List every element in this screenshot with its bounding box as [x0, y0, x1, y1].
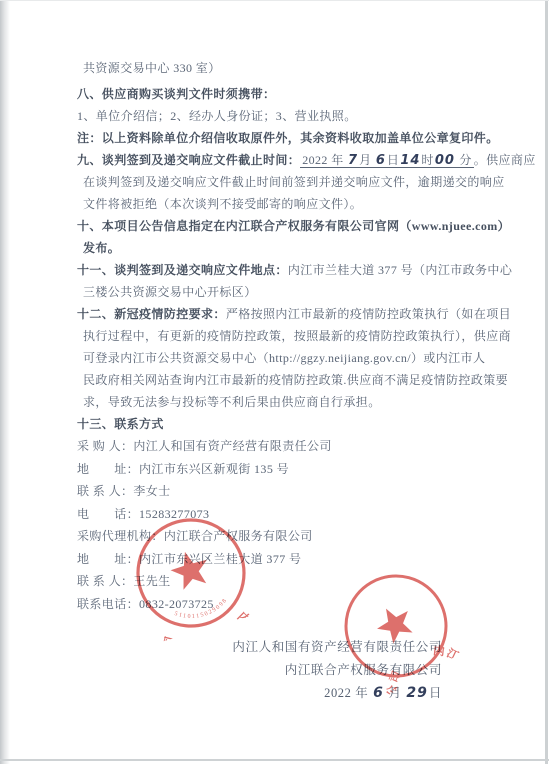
continuation-text: 共资源交易中心 330 室） [83, 61, 221, 75]
section10-line2-text: 发布。 [83, 241, 120, 255]
deadline-hour-label: 时 [421, 153, 433, 167]
deadline-date-underlined: 2022 年 7月 6日14时00 分 [300, 153, 474, 168]
deadline-minute-handwritten: 00 [434, 153, 456, 168]
section12-line5: 求，导致无法参与投标等不利后果由供应商自行承担。 [77, 391, 539, 413]
contact-value: 内江人和国有资产经营有限责任公司 [133, 439, 331, 453]
section8-items: 1、单位介绍信；2、经办人身份证；3、营业执照。 [77, 109, 357, 123]
continuation-line: 共资源交易中心 330 室） [77, 57, 539, 79]
section12-line1: 十二、新冠疫情防控要求：严格按照内江市最新的疫情防控政策执行（如在项目 [77, 303, 539, 325]
section9-line2: 在谈判签到及递交响应文件截止时间前签到并递交响应文件，逾期递交的响应 [77, 171, 539, 193]
contact-label: 联系电话： [77, 597, 139, 611]
contact-label: 采 购 人： [77, 439, 133, 453]
deadline-month-handwritten: 7 [347, 153, 359, 168]
signature-date-day-handwritten: 29 [405, 685, 428, 701]
scanned-document-page: 共资源交易中心 330 室） 八、供应商购买谈判文件时须携带： 1、单位介绍信；… [0, 0, 549, 764]
contact-label: 地 址： [77, 462, 139, 476]
section12-line2: 执行过程中，有更新的疫情防控政策，按照最新的疫情防控政策执行），供应商 [77, 325, 539, 347]
section12-line2-text: 执行过程中，有更新的疫情防控政策，按照最新的疫情防控政策执行），供应商 [83, 329, 511, 343]
section12-header: 十二、新冠疫情防控要求： [77, 307, 226, 321]
section9-tail: 。供应商应 [474, 153, 536, 167]
contact-label: 电 话： [77, 507, 139, 521]
signature-date-line: 2022 年 6 月 29日 [232, 682, 442, 705]
section10-line2: 发布。 [77, 237, 539, 259]
section12-line3-text: 可登录内江市公共资源交易中心（http://ggzy.neijiang.gov.… [83, 351, 485, 365]
contact-row-purchaser-address: 地 址：内江市东兴区新观街 135 号 [77, 458, 539, 481]
signature-date-day-label: 日 [429, 686, 442, 700]
section10-line1: 十、本项目公告信息指定在内江联合产权服务有限公司官网（www.njuee.com… [77, 215, 539, 237]
section13-header-line: 十三、联系方式 [77, 413, 539, 435]
contact-row-purchaser: 采 购 人：内江人和国有资产经营有限责任公司 [77, 435, 539, 458]
section9-line1: 九、谈判签到及递交响应文件截止时间：2022 年 7月 6日14时00 分。供应… [77, 149, 539, 171]
section12-rest: 严格按照内江市最新的疫情防控政策执行（如在项目 [226, 307, 511, 321]
contact-label: 联 系 人： [77, 574, 133, 588]
seal-code-text: 5110115029098 [172, 596, 231, 626]
signature-date-year: 2022 年 [324, 686, 368, 700]
contact-value: 李女士 [133, 484, 170, 498]
contact-row-purchaser-person: 联 系 人：李女士 [77, 480, 539, 503]
star-icon [371, 600, 419, 647]
page-edge-left [0, 0, 10, 764]
section11-line2-text: 三楼公共资源交易中心开标区） [83, 285, 257, 299]
section8-note-line: 注：以上资料除单位介绍信收取原件外，其余资料收取加盖单位公章复印件。 [77, 127, 539, 149]
section13-header: 十三、联系方式 [77, 417, 164, 431]
contact-label: 联 系 人： [77, 484, 133, 498]
section10-text: 十、本项目公告信息指定在内江联合产权服务有限公司官网（www.njuee.com… [77, 219, 510, 233]
section9-line3-text: 文件将被拒绝（本次谈判不接受邮寄的响应文件）。 [83, 197, 362, 211]
section11-header: 十一、谈判签到及递交响应文件地点： [77, 263, 288, 277]
page-edge-right [545, 0, 548, 764]
section12-line3: 可登录内江市公共资源交易中心（http://ggzy.neijiang.gov.… [77, 347, 539, 369]
deadline-day-label: 日 [387, 153, 399, 167]
section8-header-line: 八、供应商购买谈判文件时须携带： [77, 83, 539, 105]
section9-header: 九、谈判签到及递交响应文件截止时间： [77, 153, 300, 167]
section12-line4-text: 民政府相关网站查询内江市最新的疫情防控政策.供应商不满足疫情防控政策要 [83, 373, 508, 387]
deadline-year: 2022 年 [302, 153, 343, 167]
section9-line2-text: 在谈判签到及递交响应文件截止时间前签到并递交响应文件，逾期递交的响应 [83, 175, 505, 189]
section9-line3: 文件将被拒绝（本次谈判不接受邮寄的响应文件）。 [77, 193, 539, 215]
deadline-hour-handwritten: 14 [399, 153, 421, 168]
section11-line2: 三楼公共资源交易中心开标区） [77, 281, 539, 303]
section12-line5-text: 求，导致无法参与投标等不利后果由供应商自行承担。 [83, 395, 381, 409]
section11-rest: 内江市兰桂大道 377 号（内江市政务中心 [288, 263, 512, 277]
section8-header: 八、供应商购买谈判文件时须携带： [77, 87, 275, 101]
section8-items-line: 1、单位介绍信；2、经办人身份证；3、营业执照。 [77, 105, 539, 127]
page-edge-top [0, 0, 549, 1]
deadline-day-handwritten: 6 [375, 153, 387, 168]
page-edge-bottom [0, 759, 549, 761]
star-icon [167, 547, 213, 592]
contact-row-purchaser-phone: 电 话：15283277073 [77, 503, 539, 526]
deadline-minute-label: 分 [459, 153, 471, 167]
contact-value: 内江市东兴区新观街 135 号 [139, 462, 289, 476]
section12-line4: 民政府相关网站查询内江市最新的疫情防控政策.供应商不满足疫情防控政策要 [77, 369, 539, 391]
section11-line1: 十一、谈判签到及递交响应文件地点：内江市兰桂大道 377 号（内江市政务中心 [77, 259, 539, 281]
section8-note: 注：以上资料除单位介绍信收取原件外，其余资料收取加盖单位公章复印件。 [77, 131, 499, 145]
deadline-month-label: 月 [359, 153, 371, 167]
